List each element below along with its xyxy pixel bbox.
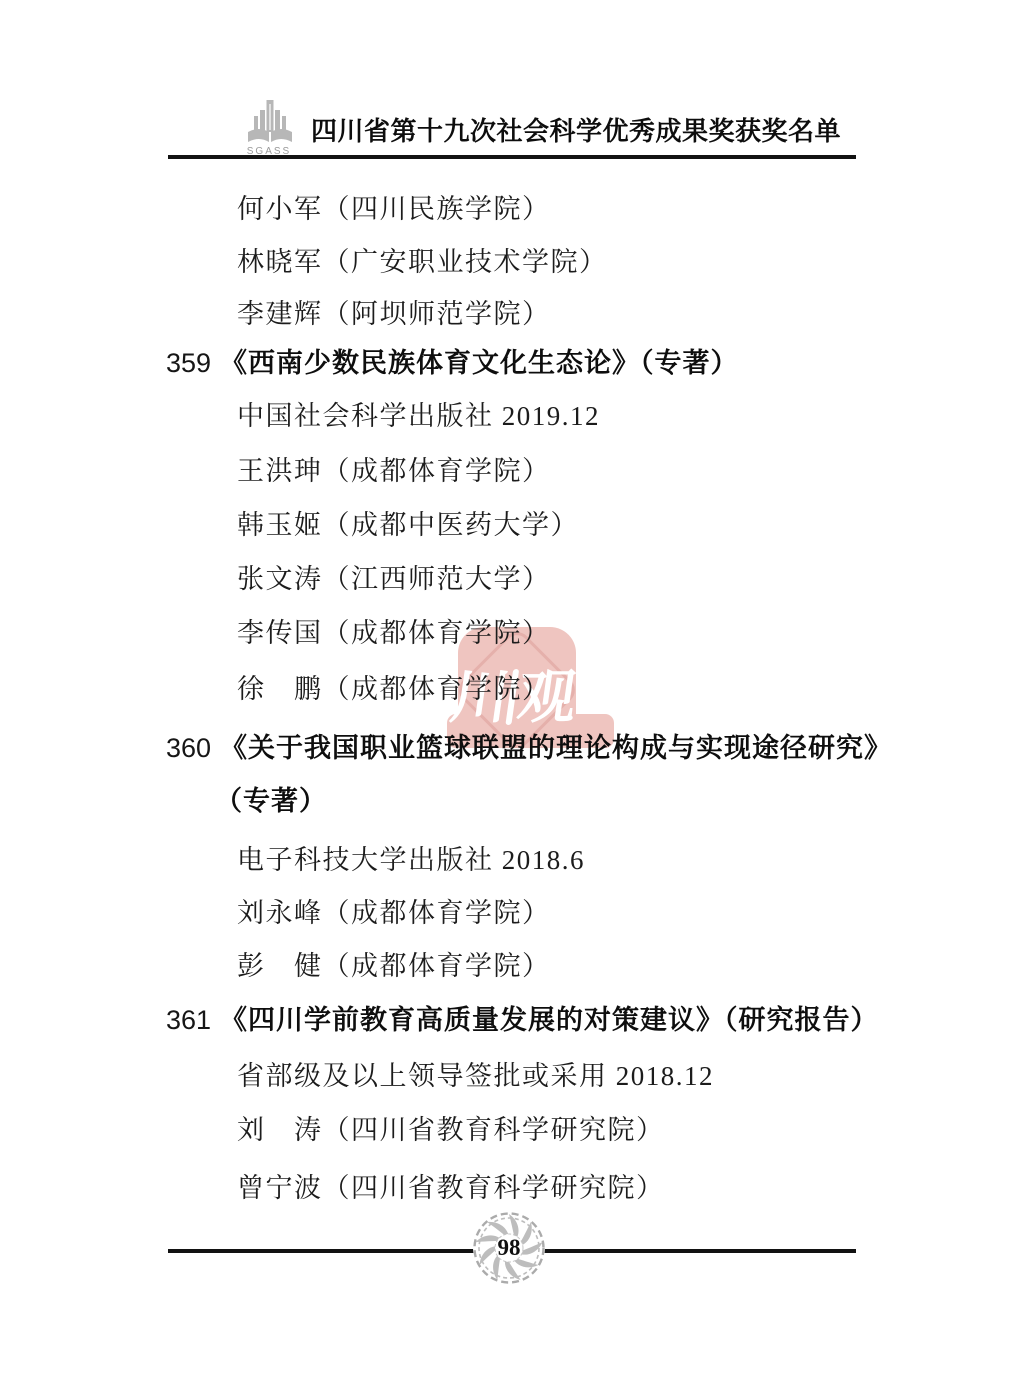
entry-number: 361 <box>166 1003 211 1037</box>
sgass-logo-icon <box>238 96 302 146</box>
work-title: 《西南少数民族体育文化生态论》（专著） <box>220 346 739 380</box>
author-line: 王洪珅（成都体育学院） <box>237 454 551 488</box>
author-line: 林晓军（广安职业技术学院） <box>237 245 608 279</box>
author-line: 韩玉姬（成都中医药大学） <box>237 508 579 542</box>
publisher-line: 中国社会科学出版社 2019.12 <box>237 399 600 433</box>
page-title: 四川省第十九次社会科学优秀成果奖获奖名单 <box>311 111 841 148</box>
entry-number: 360 <box>166 731 211 765</box>
author-line: 刘永峰（成都体育学院） <box>237 896 551 930</box>
header-rule <box>168 155 856 159</box>
author-line: 张文涛（江西师范大学） <box>237 562 551 596</box>
author-line: 徐 鹏（成都体育学院） <box>237 672 551 706</box>
author-line: 彭 健（成都体育学院） <box>237 949 551 983</box>
author-line: 李传国（成都体育学院） <box>237 616 551 650</box>
document-page: SGASS 四川省第十九次社会科学优秀成果奖获奖名单 川观 359 360 36… <box>0 0 1024 1380</box>
page-number: 98 <box>471 1210 547 1286</box>
author-line: 曾宁波（四川省教育科学研究院） <box>237 1171 665 1205</box>
author-line: 李建辉（阿坝师范学院） <box>237 297 551 331</box>
publisher-line: 省部级及以上领导签批或采用 2018.12 <box>237 1059 714 1093</box>
author-line: 刘 涛（四川省教育科学研究院） <box>237 1113 665 1147</box>
author-line: 何小军（四川民族学院） <box>237 192 551 226</box>
work-title: 《四川学前教育高质量发展的对策建议》（研究报告） <box>220 1003 879 1037</box>
work-title-continuation: （专著） <box>215 784 327 818</box>
work-title: 《关于我国职业篮球联盟的理论构成与实现途径研究》 <box>220 731 892 765</box>
publisher-line: 电子科技大学出版社 2018.6 <box>237 843 585 877</box>
entry-number: 359 <box>166 346 211 380</box>
